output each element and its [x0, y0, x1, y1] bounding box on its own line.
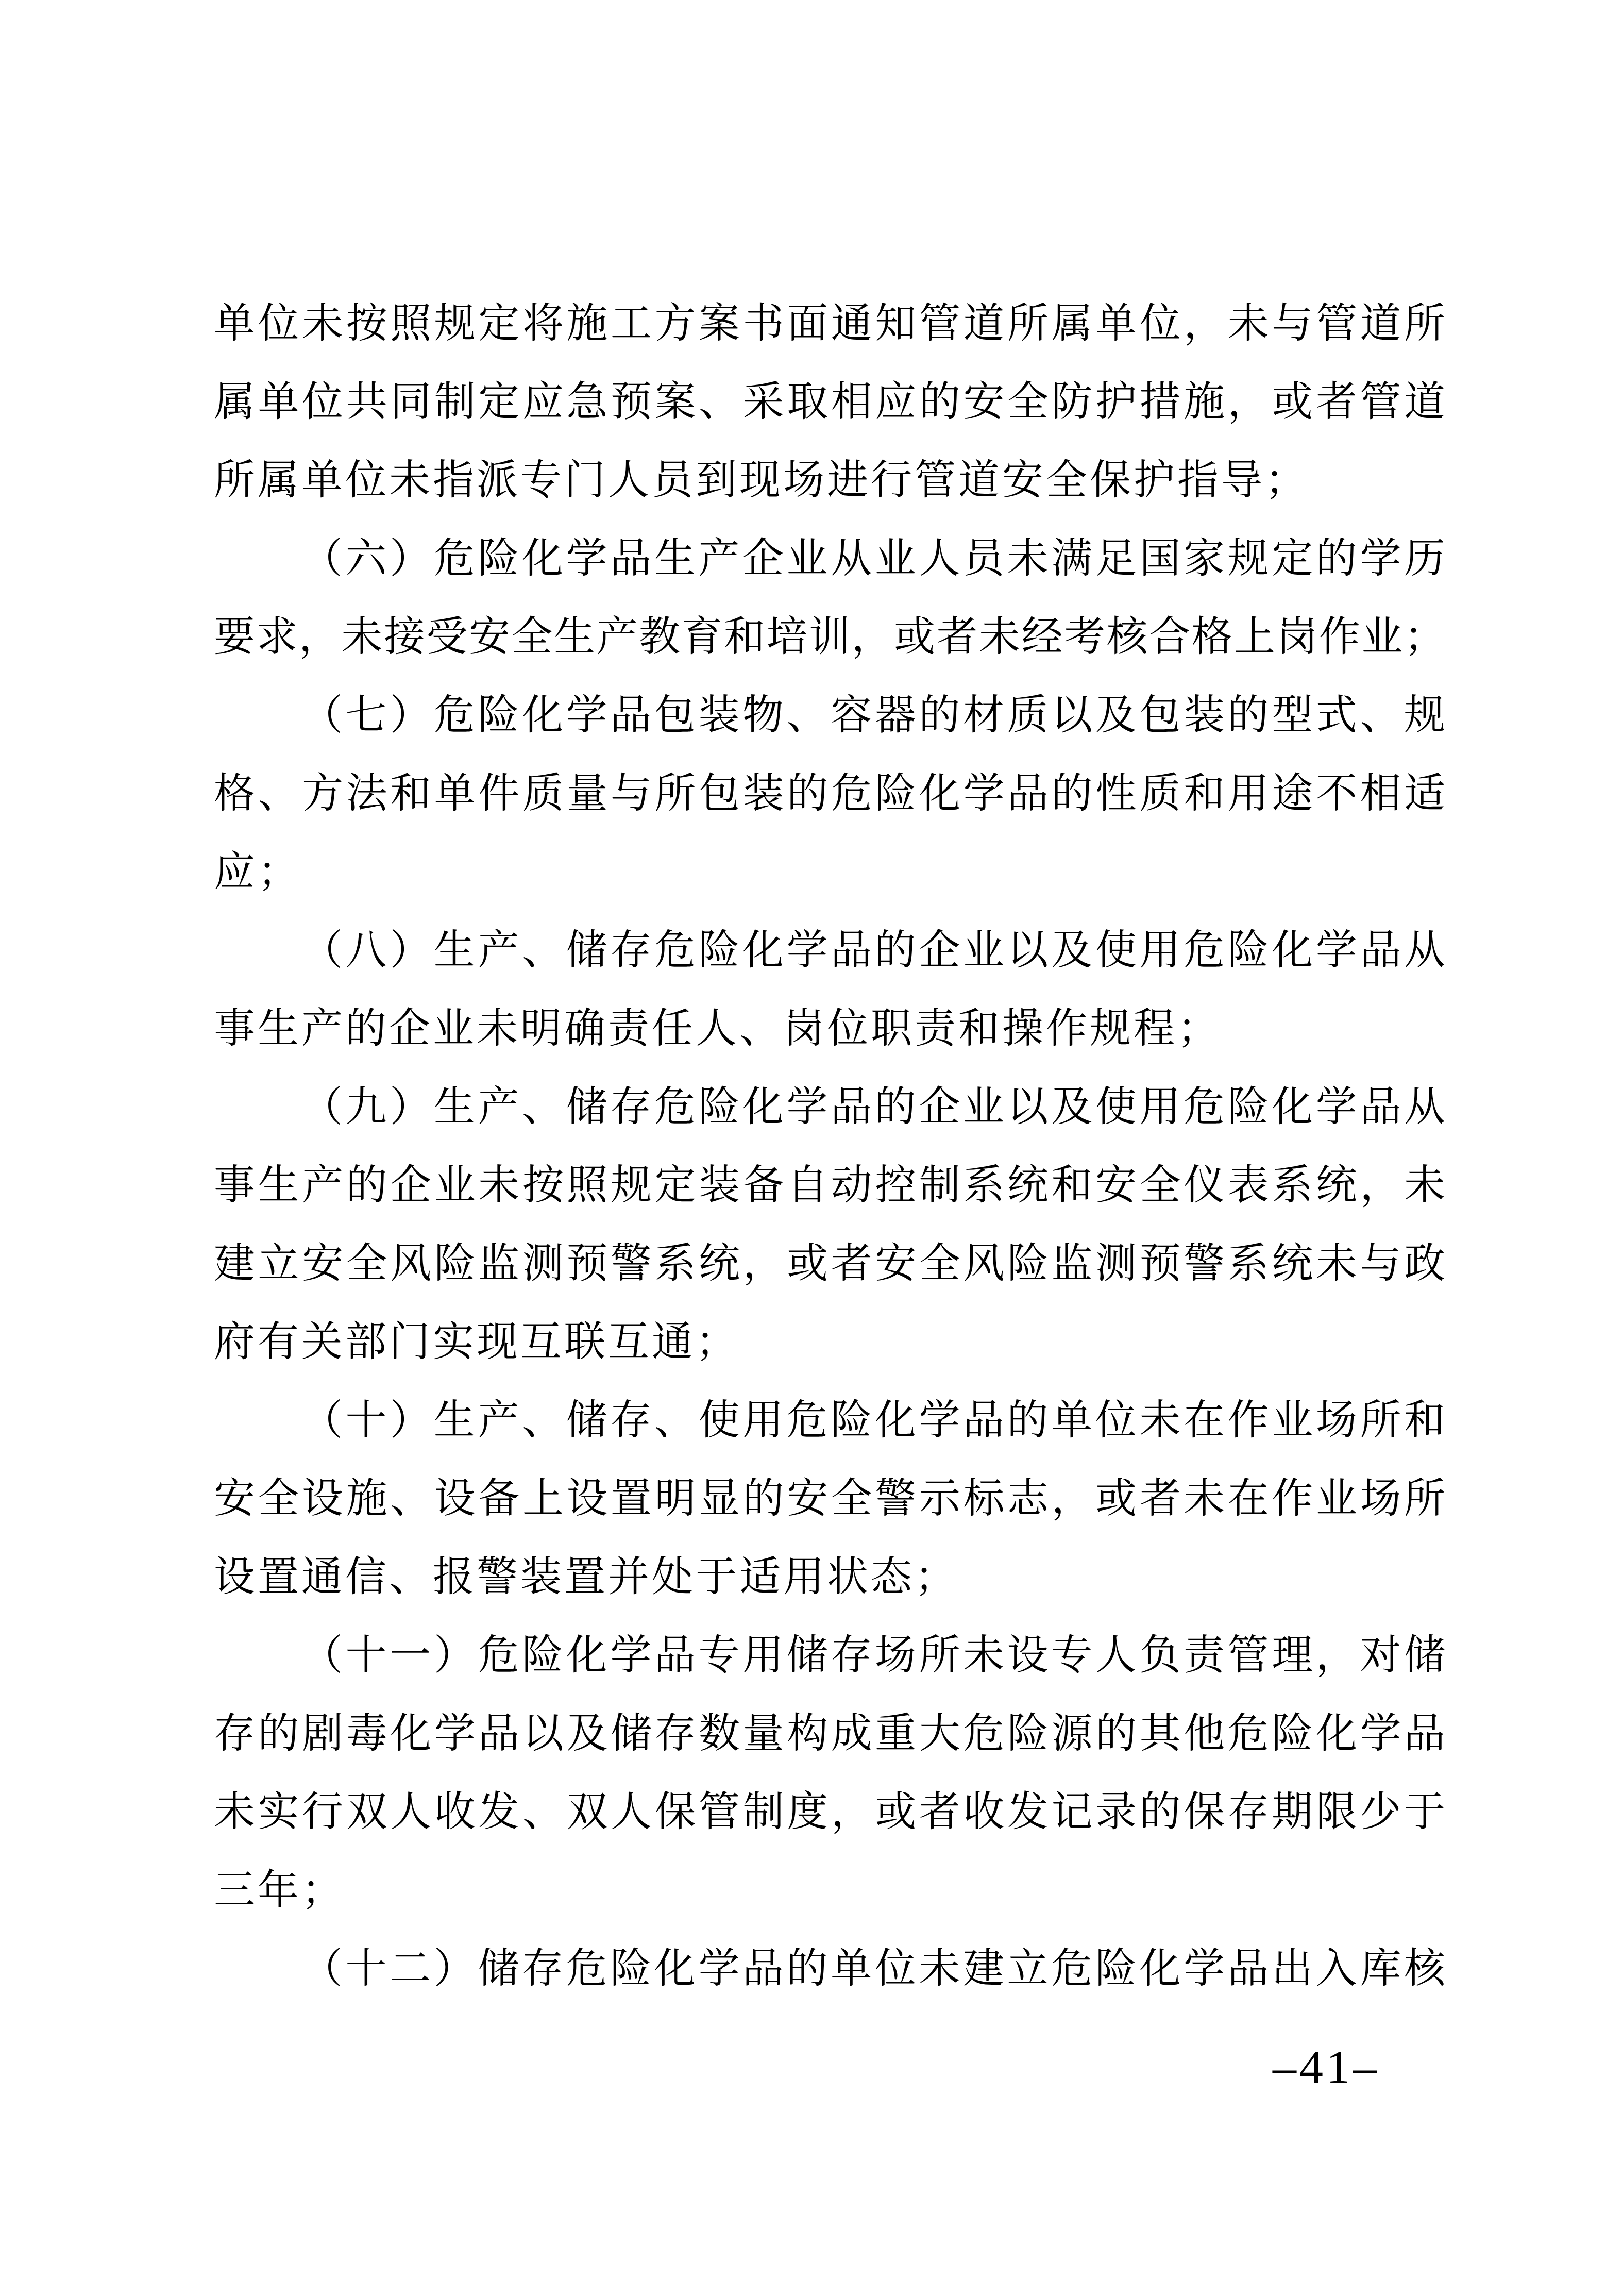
text-line: （七）危险化学品包装物、容器的材质以及包装的型式、规 [214, 676, 1445, 755]
text-line: 未实行双人收发、双人保管制度，或者收发记录的保存期限少于 [214, 1773, 1445, 1851]
text-line: 要求，未接受安全生产教育和培训，或者未经考核合格上岗作业； [214, 598, 1445, 676]
text-line: 应； [214, 833, 1445, 911]
text-line: 事生产的企业未明确责任人、岗位职责和操作规程； [214, 990, 1445, 1068]
text-line: 建立安全风险监测预警系统，或者安全风险监测预警系统未与政 [214, 1225, 1445, 1303]
text-line: （十一）危险化学品专用储存场所未设专人负责管理，对储 [214, 1616, 1445, 1695]
text-line: 府有关部门实现互联互通； [214, 1303, 1445, 1381]
text-line: 安全设施、设备上设置明显的安全警示标志，或者未在作业场所 [214, 1460, 1445, 1538]
text-line: （十）生产、储存、使用危险化学品的单位未在作业场所和 [214, 1381, 1445, 1460]
document-body: 单位未按照规定将施工方案书面通知管道所属单位，未与管道所属单位共同制定应急预案、… [214, 284, 1445, 2008]
text-line: 事生产的企业未按照规定装备自动控制系统和安全仪表系统，未 [214, 1146, 1445, 1225]
text-line: （六）危险化学品生产企业从业人员未满足国家规定的学历 [214, 519, 1445, 598]
text-line: 属单位共同制定应急预案、采取相应的安全防护措施，或者管道 [214, 363, 1445, 441]
text-line: 单位未按照规定将施工方案书面通知管道所属单位，未与管道所 [214, 284, 1445, 363]
text-line: 存的剧毒化学品以及储存数量构成重大危险源的其他危险化学品 [214, 1695, 1445, 1773]
text-line: 格、方法和单件质量与所包装的危险化学品的性质和用途不相适 [214, 755, 1445, 833]
text-line: （九）生产、储存危险化学品的企业以及使用危险化学品从 [214, 1068, 1445, 1146]
text-line: 设置通信、报警装置并处于适用状态； [214, 1538, 1445, 1616]
text-line: （十二）储存危险化学品的单位未建立危险化学品出入库核 [214, 1930, 1445, 2008]
text-line: 所属单位未指派专门人员到现场进行管道安全保护指导； [214, 441, 1445, 519]
document-page: 单位未按照规定将施工方案书面通知管道所属单位，未与管道所属单位共同制定应急预案、… [0, 0, 1623, 2296]
text-line: （八）生产、储存危险化学品的企业以及使用危险化学品从 [214, 911, 1445, 990]
text-line: 三年； [214, 1851, 1445, 1930]
page-number: –41– [1273, 2038, 1380, 2095]
